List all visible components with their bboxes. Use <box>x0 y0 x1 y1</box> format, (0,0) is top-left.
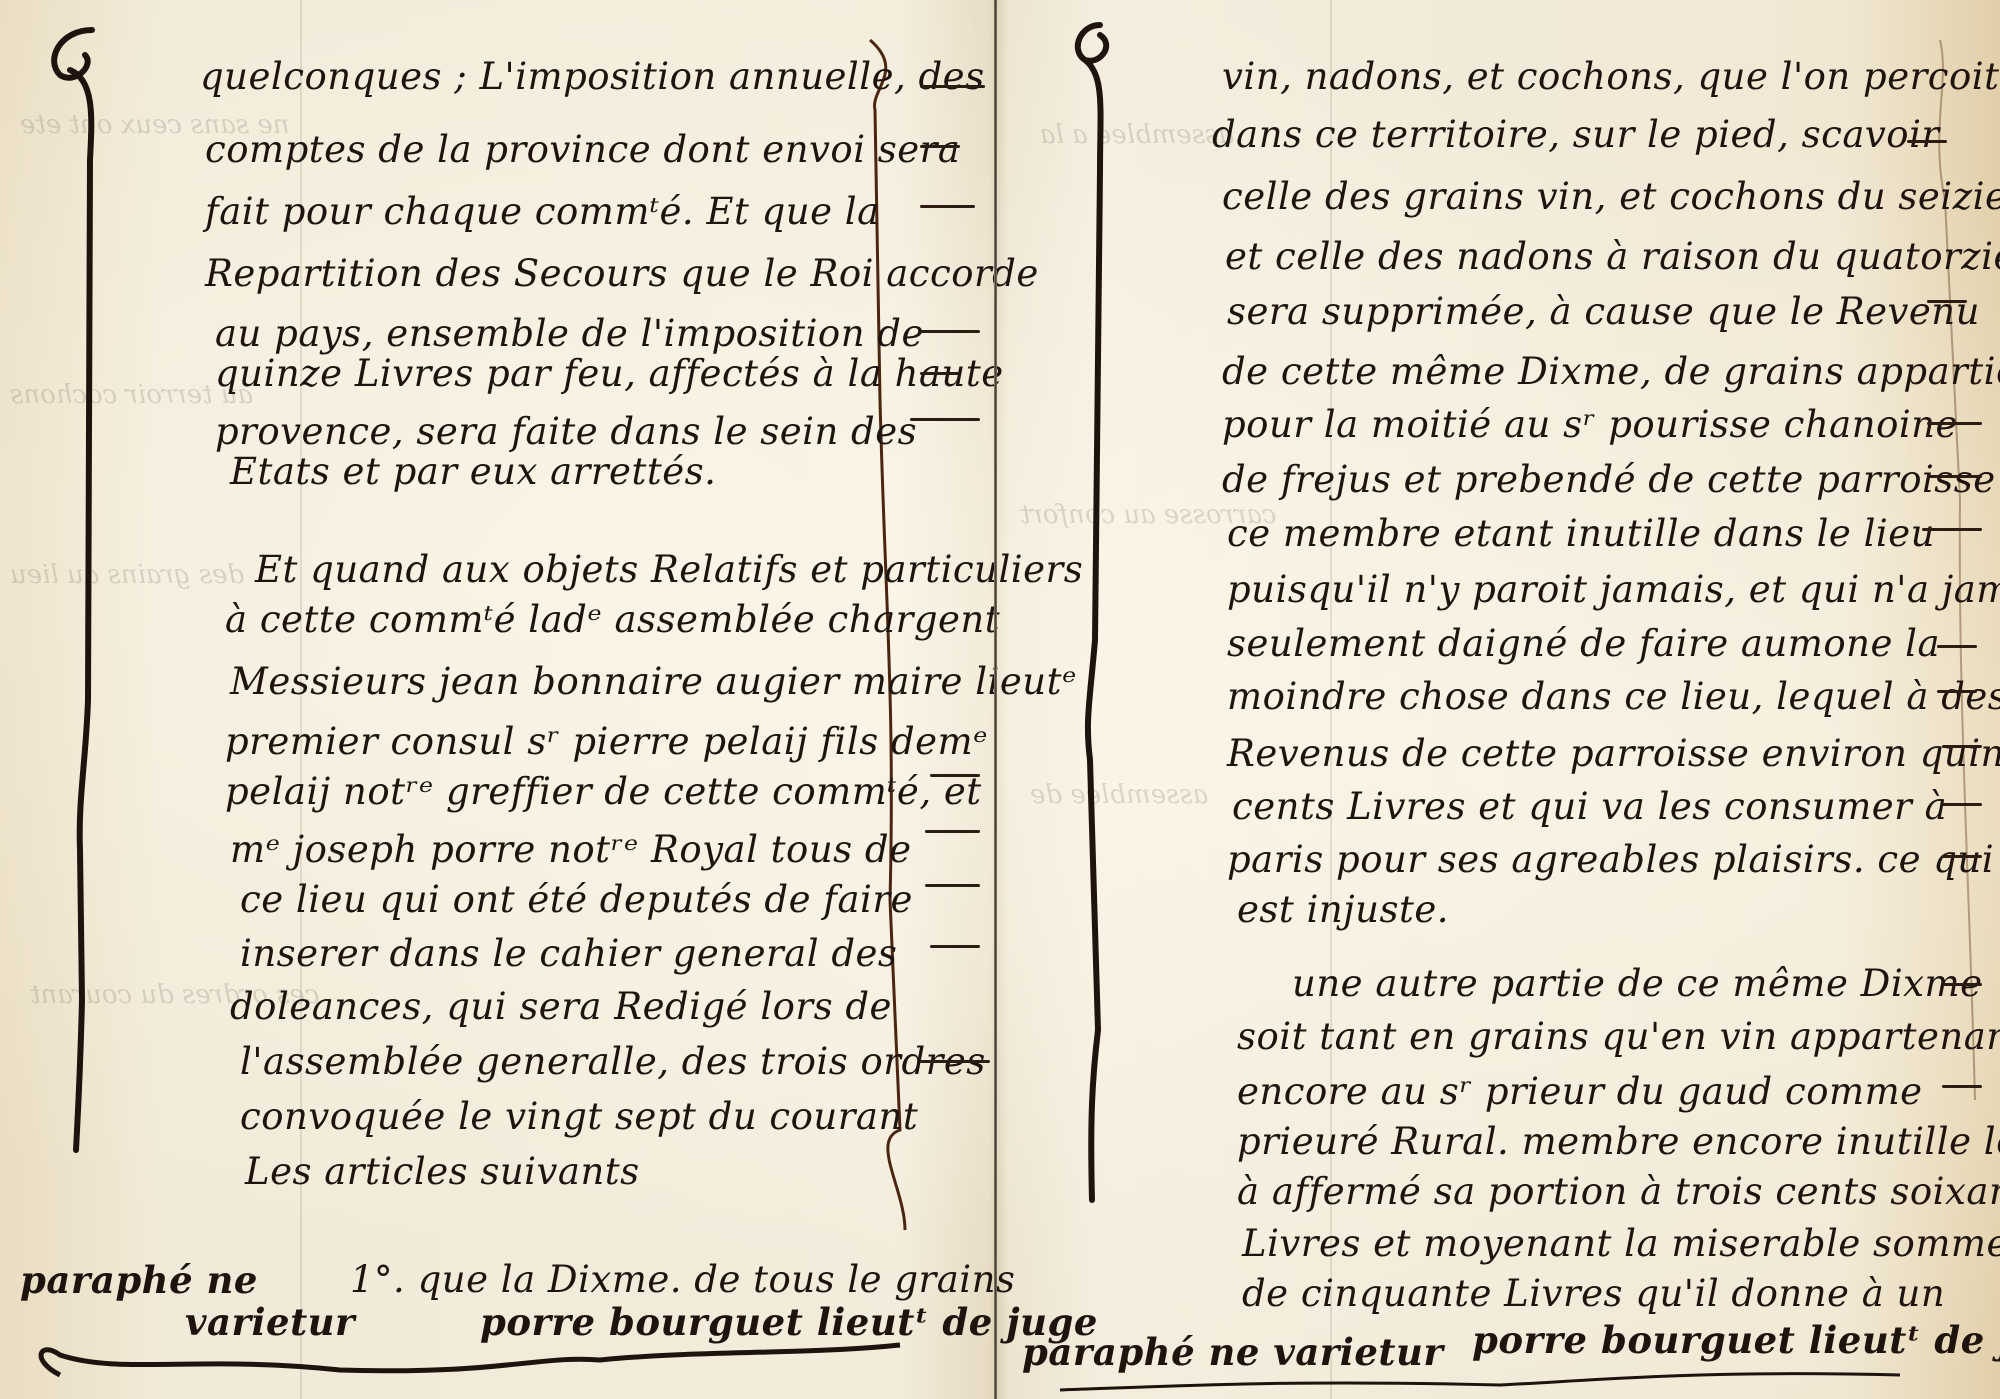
manuscript-line: moindre chose dans ce lieu, lequel à des <box>1227 675 2000 718</box>
line-filler-stroke <box>920 1060 990 1063</box>
left-page: quelconques ; L'imposition annuelle, des… <box>0 0 995 1399</box>
manuscript-line: premier consul sʳ pierre pelaij fils dem… <box>225 720 988 763</box>
manuscript-line: convoquée le vingt sept du courant <box>240 1095 918 1138</box>
right-page: vin, nadons, et cochons, que l'on percoi… <box>997 0 2000 1399</box>
line-filler-stroke <box>1927 422 1982 425</box>
manuscript-line: Messieurs jean bonnaire augier maire lie… <box>230 660 1077 703</box>
manuscript-line: l'assemblée generalle, des trois ordres <box>240 1040 986 1083</box>
manuscript-line: Repartition des Secours que le Roi accor… <box>205 252 1039 295</box>
line-filler-stroke <box>1942 855 1982 858</box>
line-filler-stroke <box>920 205 975 208</box>
manuscript-line: paris pour ses agreables plaisirs. ce qu… <box>1227 838 1994 881</box>
manuscript-line: à cette commᵗé ladᵉ assemblée chargent <box>225 598 1000 641</box>
manuscript-line: Revenus de cette parroisse environ quinz… <box>1227 732 2000 775</box>
manuscript-line: prieuré Rural. membre encore inutille le… <box>1237 1120 2000 1163</box>
manuscript-line: soit tant en grains qu'en vin appartenan… <box>1237 1015 2000 1058</box>
manuscript-line: sera supprimée, à cause que le Revenu <box>1227 290 1980 333</box>
manuscript-line: dans ce territoire, sur le pied, scavoir <box>1212 113 1940 156</box>
margin-note: paraphé ne varietur <box>1022 1330 1443 1374</box>
manuscript-line: une autre partie de ce même Dixme <box>1292 962 1983 1005</box>
manuscript-line: pelaij notʳᵉ greffier de cette commᵗé, e… <box>225 770 982 813</box>
manuscript-line: provence, sera faite dans le sein des <box>215 410 917 453</box>
manuscript-line: Les articles suivants <box>245 1150 640 1193</box>
manuscript-line: de frejus et prebendé de cette parroisse <box>1222 458 1996 501</box>
line-filler-stroke <box>1942 1085 1982 1088</box>
line-filler-stroke <box>925 884 980 887</box>
line-filler-stroke <box>920 372 960 375</box>
signature: porre bourguet lieutᵗ de juge <box>1472 1318 2000 1362</box>
manuscript-line: Etats et par eux arrettés. <box>230 450 716 493</box>
line-filler-stroke <box>1927 475 1982 478</box>
line-filler-stroke <box>1942 983 1982 986</box>
manuscript-line: cents Livres et qui va les consumer à <box>1232 785 1947 828</box>
manuscript-line: Livres et moyenant la miserable somme <box>1242 1222 2000 1265</box>
manuscript-line: pour la moitié au sʳ pourisse chanoine <box>1222 403 1958 446</box>
manuscript-line: quinze Livres par feu, affectés à la hau… <box>215 352 1004 395</box>
line-filler-stroke <box>1942 803 1982 806</box>
line-filler-stroke <box>920 330 980 333</box>
manuscript-line: de cinquante Livres qu'il donne à un <box>1242 1272 1945 1315</box>
manuscript-line: ce lieu qui ont été deputés de faire <box>240 878 913 921</box>
signature-prefix: varietur <box>185 1300 355 1344</box>
manuscript-line: vin, nadons, et cochons, que l'on percoi… <box>1222 55 1999 98</box>
line-filler-stroke <box>920 145 960 148</box>
line-filler-stroke <box>1927 300 1967 303</box>
manuscript-spread: ne sans ceux ont ete au terroir cochons … <box>0 0 2000 1399</box>
manuscript-line: est injuste. <box>1237 888 1449 931</box>
line-filler-stroke <box>1937 645 1977 648</box>
manuscript-line: puisqu'il n'y paroit jamais, et qui n'a … <box>1227 568 2000 611</box>
manuscript-line: quelconques ; L'imposition annuelle, des <box>200 55 985 98</box>
line-filler-stroke <box>930 774 980 777</box>
manuscript-line: à affermé sa portion à trois cents soixa… <box>1237 1170 2000 1213</box>
manuscript-line: encore au sʳ prieur du gaud comme <box>1237 1070 1923 1113</box>
line-filler-stroke <box>1942 745 1982 748</box>
manuscript-line: Et quand aux objets Relatifs et particul… <box>255 548 1083 591</box>
manuscript-line: doleances, qui sera Redigé lors de <box>230 985 892 1028</box>
manuscript-line: seulement daigné de faire aumone la <box>1227 622 1940 665</box>
margin-note: paraphé ne <box>20 1258 258 1302</box>
line-filler-stroke <box>910 418 980 421</box>
line-filler-stroke <box>920 85 985 88</box>
article-line: 1°. que la Dixme. de tous le grains <box>350 1258 1015 1301</box>
line-filler-stroke <box>930 945 980 948</box>
line-filler-stroke <box>1937 690 1977 693</box>
manuscript-line: inserer dans le cahier general des <box>240 932 897 975</box>
manuscript-line: comptes de la province dont envoi sera <box>205 128 960 171</box>
line-filler-stroke <box>925 830 980 833</box>
manuscript-line: de cette même Dixme, de grains appartien… <box>1222 350 2000 393</box>
line-filler-stroke <box>1907 140 1947 143</box>
line-filler-stroke <box>1922 528 1982 531</box>
manuscript-line: ce membre etant inutille dans le lieu <box>1227 512 1935 555</box>
manuscript-line: et celle des nadons à raison du quatorzi… <box>1225 235 2000 278</box>
manuscript-line: fait pour chaque commᵗé. Et que la <box>205 190 880 233</box>
manuscript-line: au pays, ensemble de l'imposition de <box>215 312 924 355</box>
manuscript-line: celle des grains vin, et cochons du seiz… <box>1222 175 2000 218</box>
manuscript-line: mᵉ joseph porre notʳᵉ Royal tous de <box>230 828 911 871</box>
